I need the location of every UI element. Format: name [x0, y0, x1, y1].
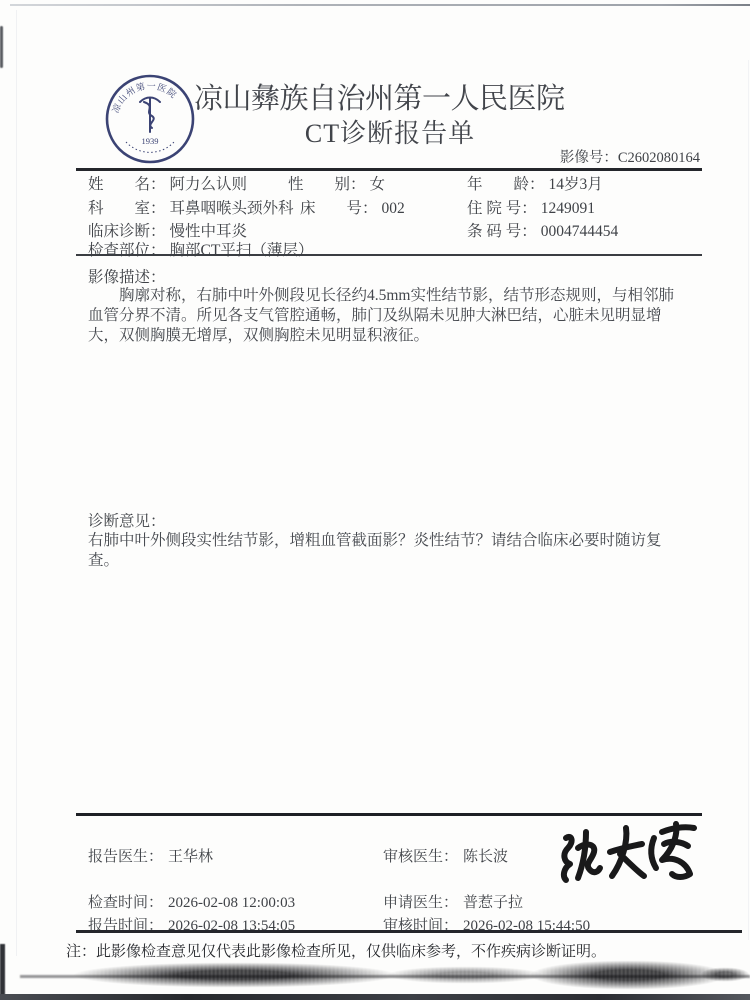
scan-bottom-left-edge [0, 944, 5, 1000]
bed-value: 002 [382, 200, 405, 217]
scan-noise-blob [70, 962, 400, 988]
scan-bottom-edge [0, 994, 750, 1000]
ct-report-page: 凉山州第一医院 1939 凉山彝族自治州第一人民医院 CT诊断报告单 影像号：C… [0, 0, 750, 1000]
bed-label: 床 号： [300, 200, 378, 217]
impression-heading: 诊断意见： [88, 509, 166, 531]
findings-body: 胸廓对称，右肺中叶外侧段见长径约4.5mm实性结节影，结节形态规则，与相邻肺 血… [88, 286, 688, 346]
age-label: 年 龄： [467, 176, 545, 193]
patient-row-2: 科 室：耳鼻咽喉头颈外科 床 号：002 住 院 号：1249091 [88, 196, 702, 214]
scan-noise-blob [385, 966, 545, 984]
scan-left-line [16, 10, 17, 956]
review-doctor-value: 陈长波 [463, 849, 508, 865]
svg-text:凉山州第一医院: 凉山州第一医院 [110, 80, 179, 114]
admission-no-value: 1249091 [541, 200, 595, 217]
request-doctor-value: 普惹子拉 [463, 895, 523, 911]
exam-time-value: 2026-02-08 12:00:03 [168, 895, 295, 911]
report-doctor-label: 报告医生： [88, 849, 163, 865]
name-label: 姓 名： [88, 176, 166, 193]
patient-row-3: 临床诊断：慢性中耳炎 条 码 号：0004744454 [88, 219, 702, 237]
divider-footer [76, 813, 702, 816]
age-value: 14岁3月 [549, 176, 603, 193]
report-doctor-value: 王华林 [168, 849, 213, 865]
exam-part-label: 检查部位： [88, 242, 166, 259]
impression-body: 右肺中叶外侧段实性结节影，增粗血管截面影？炎性结节？请结合临床必要时随访复 查。 [88, 531, 688, 571]
findings-line: 血管分界不清。所见各支气管腔通畅，肺门及纵隔未见肿大淋巴结，心脏未见明显增 [88, 306, 688, 326]
findings-heading: 影像描述： [88, 265, 166, 287]
divider-note [76, 930, 742, 933]
review-doctor-label: 审核医生： [383, 849, 458, 865]
scan-noise-blob [700, 967, 750, 982]
scan-left-mark [0, 26, 3, 68]
exam-time-label: 检查时间： [88, 895, 163, 911]
patient-row-1: 姓 名：阿力么认则 性 别：女 年 龄：14岁3月 [88, 172, 702, 190]
department-value: 耳鼻咽喉头颈外科 [170, 200, 294, 217]
request-doctor-label: 申请医生： [383, 895, 458, 911]
divider-patient [76, 254, 702, 256]
sex-value: 女 [370, 176, 386, 193]
name-value: 阿力么认则 [170, 176, 248, 193]
image-number-value: C2602080164 [618, 150, 700, 166]
findings-line: 胸廓对称，右肺中叶外侧段见长径约4.5mm实性结节影，结节形态规则，与相邻肺 [88, 286, 688, 306]
findings-line: 大，双侧胸膜无增厚，双侧胸腔未见明显积液征。 [88, 326, 688, 346]
hospital-name: 凉山彝族自治州第一人民医院 [194, 76, 574, 117]
department-label: 科 室： [88, 200, 166, 217]
scan-noise-band [0, 958, 750, 996]
sex-label: 性 别： [288, 176, 366, 193]
seal-rim-text: 凉山州第一医院 [110, 80, 179, 114]
exam-part-value: 胸部CT平扫（薄层） [170, 242, 314, 259]
image-number: 影像号：C2602080164 [560, 146, 700, 167]
report-title: CT诊断报告单 [80, 113, 700, 150]
impression-line: 查。 [88, 551, 688, 571]
reviewer-signature [552, 818, 702, 896]
scan-right-line [748, 60, 749, 940]
impression-line: 右肺中叶外侧段实性结节影，增粗血管截面影？炎性结节？请结合临床必要时随访复 [88, 531, 688, 551]
divider-header [76, 168, 702, 171]
scan-top-edge [10, 4, 750, 6]
image-number-label: 影像号： [560, 150, 618, 166]
admission-no-label: 住 院 号： [467, 200, 537, 217]
